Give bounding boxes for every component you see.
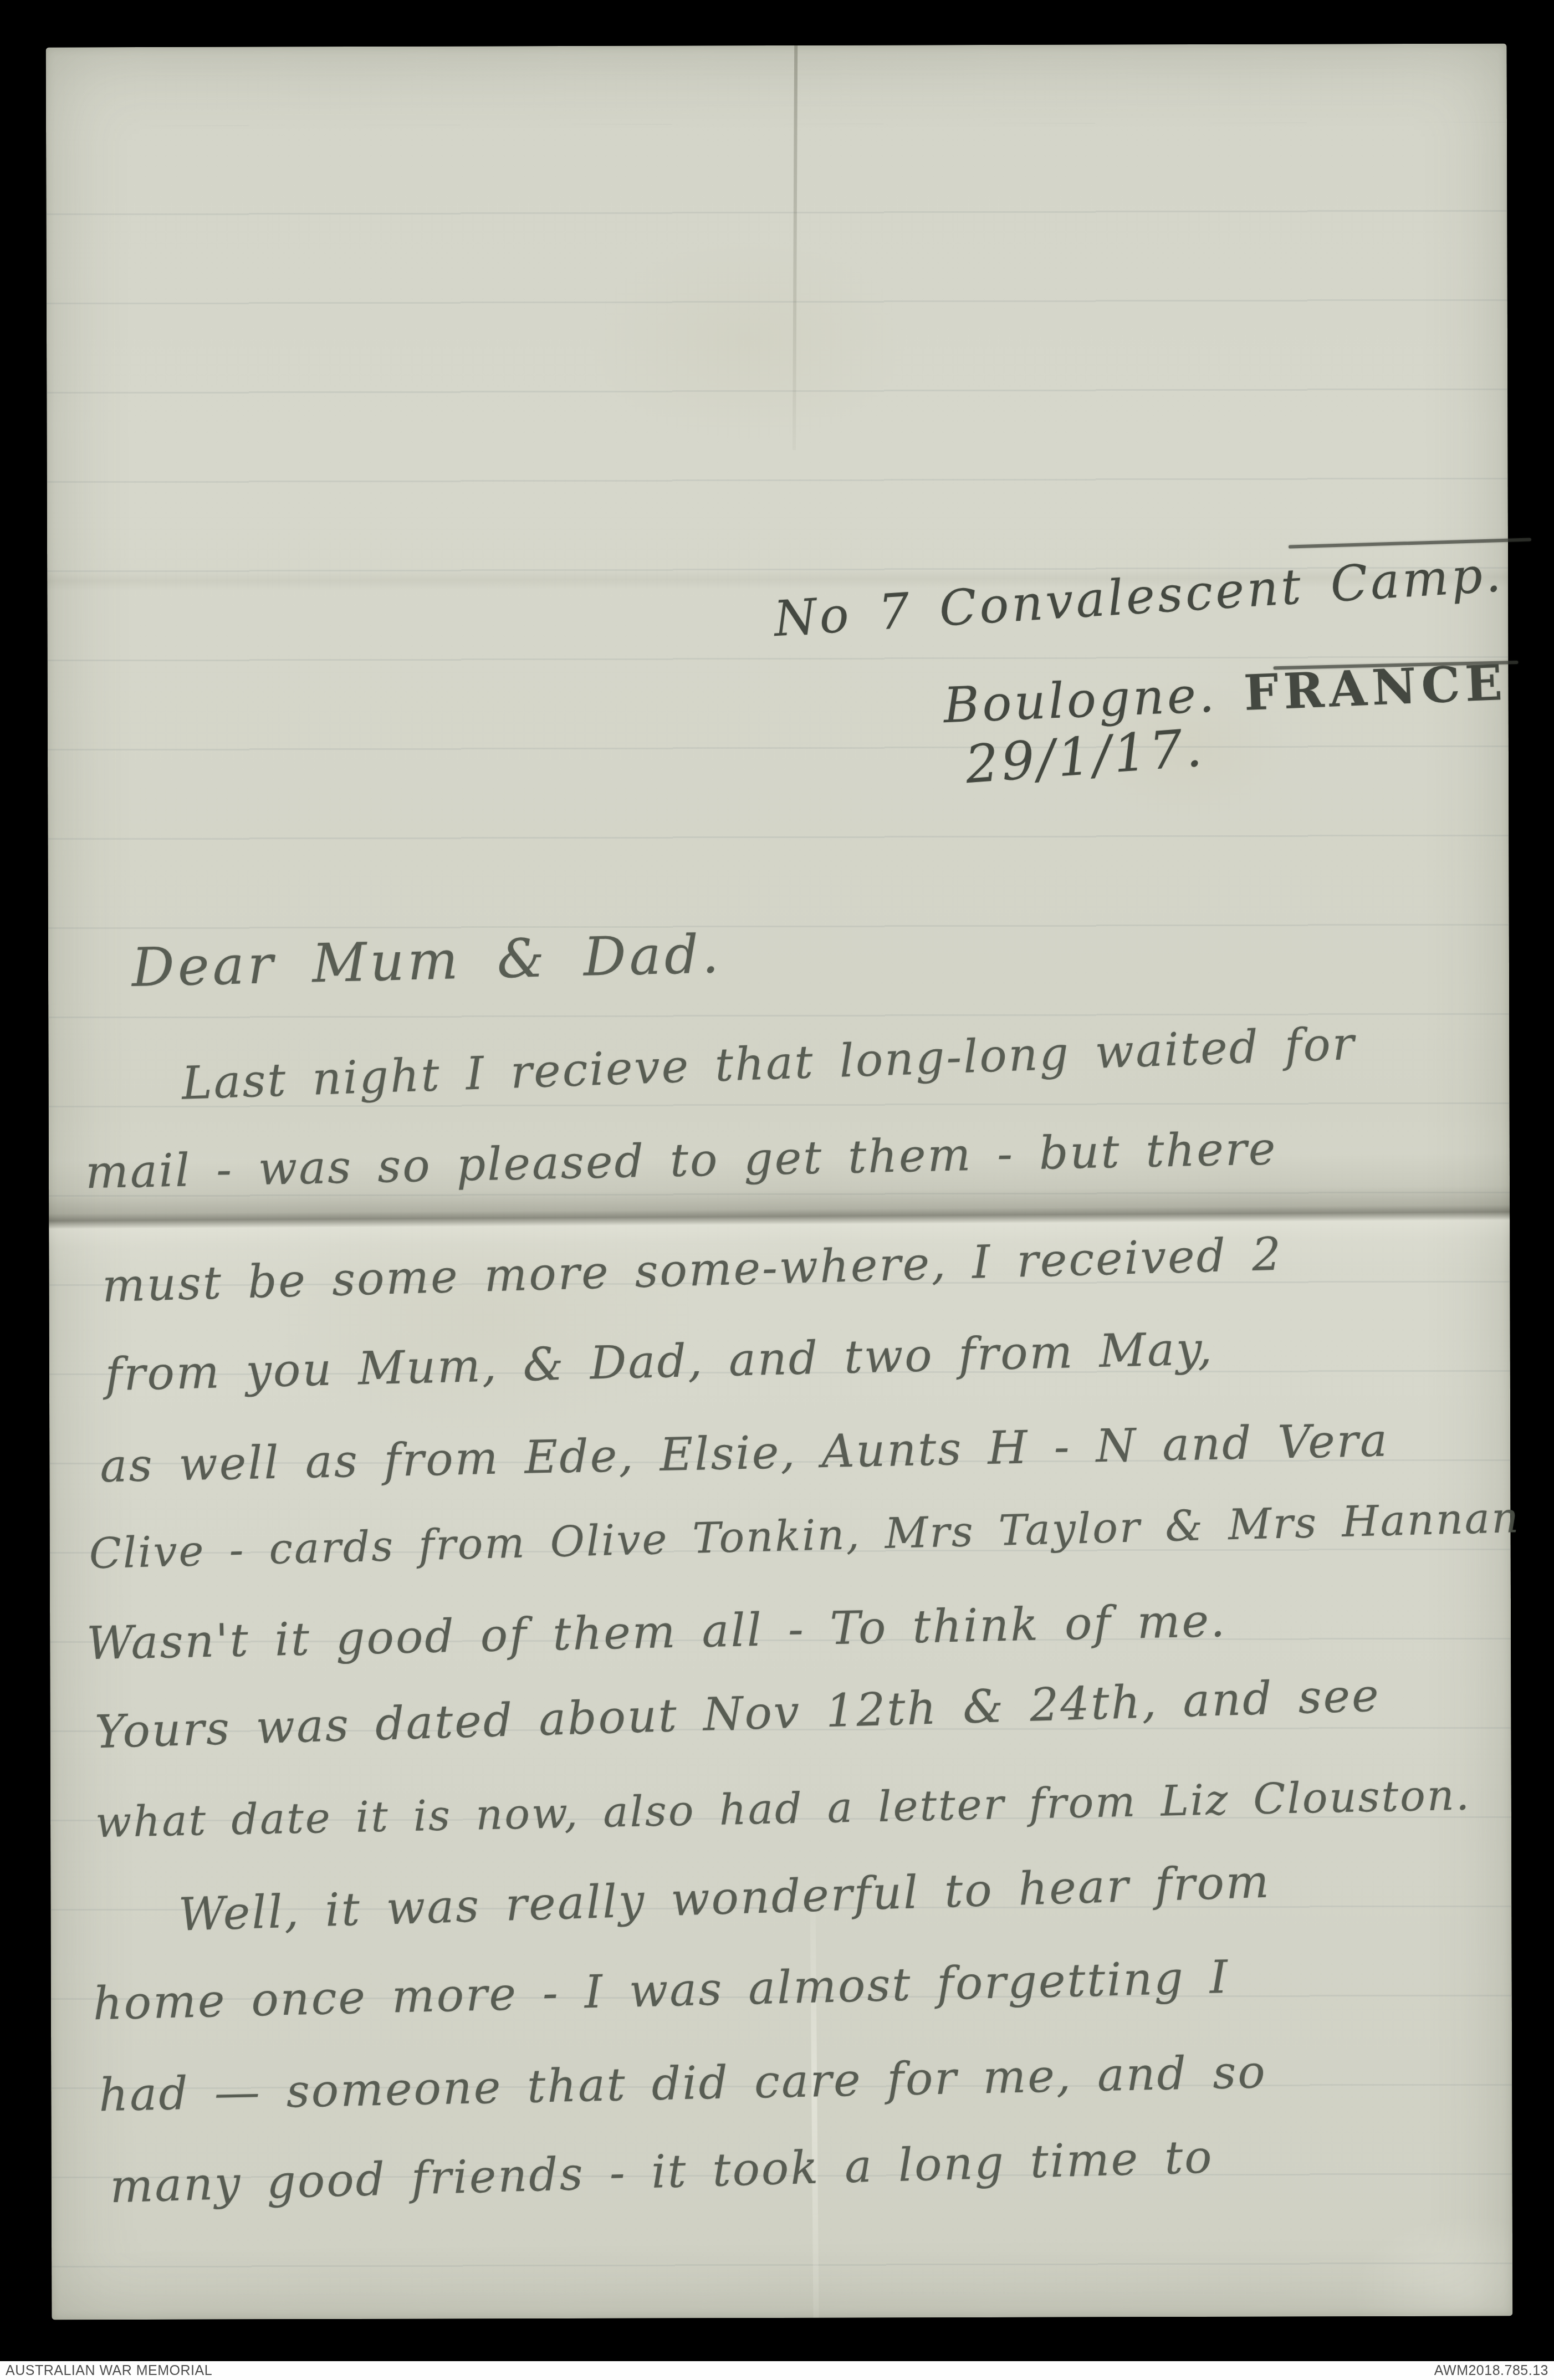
letter-line-10: Well, it was really wonderful to hear fr… (178, 1856, 1271, 1942)
letter-line-8: Yours was dated about Nov 12th & 24th, a… (94, 1669, 1381, 1759)
letter-line-13: many good friends - it took a long time … (109, 2131, 1214, 2213)
letter-page: No 7 Convalescent Camp. Boulogne. FRANCE… (46, 44, 1513, 2320)
letter-line-5: as well as from Ede, Elsie, Aunts H - N … (100, 1414, 1389, 1493)
archive-name: AUSTRALIAN WAR MEMORIAL (6, 2363, 212, 2379)
letter-line-9: what date it is now, also had a letter f… (95, 1770, 1471, 1847)
letter-line-12: had — someone that did care for me, and … (99, 2046, 1267, 2122)
letter-line-11: home once more - I was almost forgetting… (93, 1951, 1230, 2030)
scan-background: No 7 Convalescent Camp. Boulogne. FRANCE… (0, 0, 1554, 2380)
letter-line-4: from you Mum, & Dad, and two from May, (105, 1322, 1214, 1401)
catalog-number: AWM2018.785.13 (1434, 2363, 1548, 2379)
letter-line-7: Wasn't it good of them all - To think of… (86, 1595, 1227, 1670)
address-country: FRANCE (1243, 653, 1508, 722)
fold-crease-vertical-top (793, 45, 798, 450)
letter-line-1: Last night I recieve that long-long wait… (181, 1018, 1356, 1110)
address-line-1: No 7 Convalescent Camp. (772, 545, 1505, 647)
letter-line-6: Clive - cards from Olive Tonkin, Mrs Tay… (89, 1493, 1521, 1578)
salutation: Dear Mum & Dad. (131, 923, 723, 999)
address-line-2: Boulogne. FRANCE (942, 653, 1508, 734)
footer-bar: AUSTRALIAN WAR MEMORIAL AWM2018.785.13 (0, 2361, 1554, 2380)
